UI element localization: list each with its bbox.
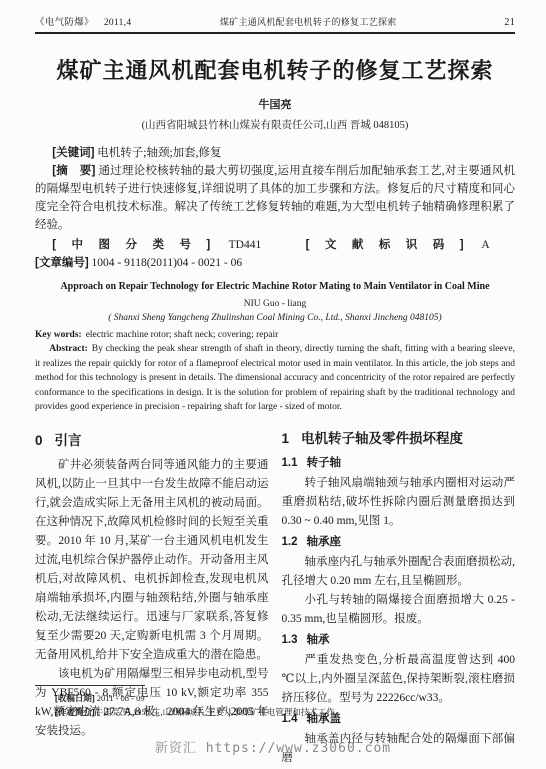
doc-code-item: [文献标识码] A [306,239,489,251]
english-meta-block: Approach on Repair Technology for Electr… [35,280,515,415]
english-keywords-label: Key words: [35,330,82,340]
classification-line: [中图分类号] TD441 [文献标识码] A [文章编号] 1004 - 91… [35,236,515,272]
subsection-1-2-heading: 1.2轴承座 [282,533,516,552]
subsection-1-1-heading: 1.1转子轴 [282,454,516,473]
received-date-line: [收稿日期] 2011 - 08 - 09 [55,691,515,705]
subsection-1-2-text: 轴承座内孔与轴承外圈配合表面磨损松动,孔径增大 0.20 mm 左右,且呈椭圆形… [282,553,516,591]
keywords-label: [关键词] [52,147,94,159]
article-id: 1004 - 9118(2011)04 - 0021 - 06 [92,257,243,269]
english-keywords-line: Key words:electric machine rotor; shaft … [35,328,515,343]
author-name: 牛国亮 [35,96,515,112]
doc-code: A [481,239,489,251]
journal-name: 《电气防爆》 [35,14,94,28]
english-affiliation: ( Shanxi Sheng Yangcheng Zhulinshan Coal… [35,311,515,326]
english-abstract: Abstract:By checking the peak shear stre… [35,342,515,415]
subsection-1-2-text2: 小孔与转轴的隔爆接合面磨损增大 0.25 - 0.35 mm,也呈椭圆形。报废。 [282,591,516,629]
received-date: 2011 - 08 - 09 [97,693,145,703]
author-bio: 牛国亮,男,1958 生,山西阳城人,主要从事煤矿机电管理和技术工作。 [95,707,344,717]
english-author: NIU Guo - liang [35,297,515,312]
author-affiliation: (山西省阳城县竹林山煤炭有限责任公司,山西 晋城 048105) [35,117,515,132]
english-title: Approach on Repair Technology for Electr… [35,280,515,295]
clc-number: TD441 [229,239,262,251]
journal-issue: 2011,4 [104,18,132,28]
subsection-1-3-heading: 1.3轴承 [282,631,516,650]
header-rule [35,32,515,34]
intro-paragraph-1: 矿井必须装备两台同等通风能力的主要通风机,以防止一旦其中一台发生故障不能启动运行… [35,456,269,665]
chinese-meta-block: [关键词] 电机转子;轴颈;加套,修复 [摘 要] 通过理论校核转轴的最大剪切强… [35,144,515,272]
section-0-heading: 0引言 [35,431,269,450]
watermark-text: 新资汇 https://www.z3060.com [0,737,546,756]
keywords-line: [关键词] 电机转子;轴颈;加套,修复 [35,144,515,162]
running-title: 煤矿主通风机配套电机转子的修复工艺探索 [131,15,485,28]
english-abstract-text: By checking the peak shear strength of s… [35,344,515,412]
abstract-cn-text: 通过理论校核转轴的最大剪切强度,运用直接车削后加配轴承套工艺,对主要通风机的隔爆… [35,165,515,231]
author-bio-line: [作者简介]牛国亮,男,1958 生,山西阳城人,主要从事煤矿机电管理和技术工作… [55,705,515,719]
abstract-cn: [摘 要] 通过理论校核转轴的最大剪切强度,运用直接车削后加配轴承套工艺,对主要… [35,162,515,234]
keywords-text: 电机转子;轴颈;加套,修复 [97,147,221,159]
footnote-rule [35,685,145,686]
page-number: 21 [485,17,515,28]
article-title: 煤矿主通风机配套电机转子的修复工艺探索 [35,54,515,85]
english-keywords-text: electric machine rotor; shaft neck; cove… [86,330,279,340]
article-id-item: [文章编号] 1004 - 9118(2011)04 - 0021 - 06 [35,257,242,269]
footnote-block: [收稿日期] 2011 - 08 - 09 [作者简介]牛国亮,男,1958 生… [35,685,515,719]
clc-item: [中图分类号] TD441 [52,239,279,251]
abstract-label: [摘 要] [52,165,95,177]
section-1-heading: 1电机转子轴及零件损坏程度 [282,429,516,448]
subsection-1-1-text: 转子轴风扇端轴颈与轴承内圈相对运动严重磨损粘结,破坏性拆除内圈后测量磨损达到 0… [282,474,516,531]
journal-page: 《电气防爆》 2011,4 煤矿主通风机配套电机转子的修复工艺探索 21 煤矿主… [0,0,546,769]
running-header: 《电气防爆》 2011,4 煤矿主通风机配套电机转子的修复工艺探索 21 [35,14,515,28]
english-abstract-label: Abstract: [49,344,88,354]
